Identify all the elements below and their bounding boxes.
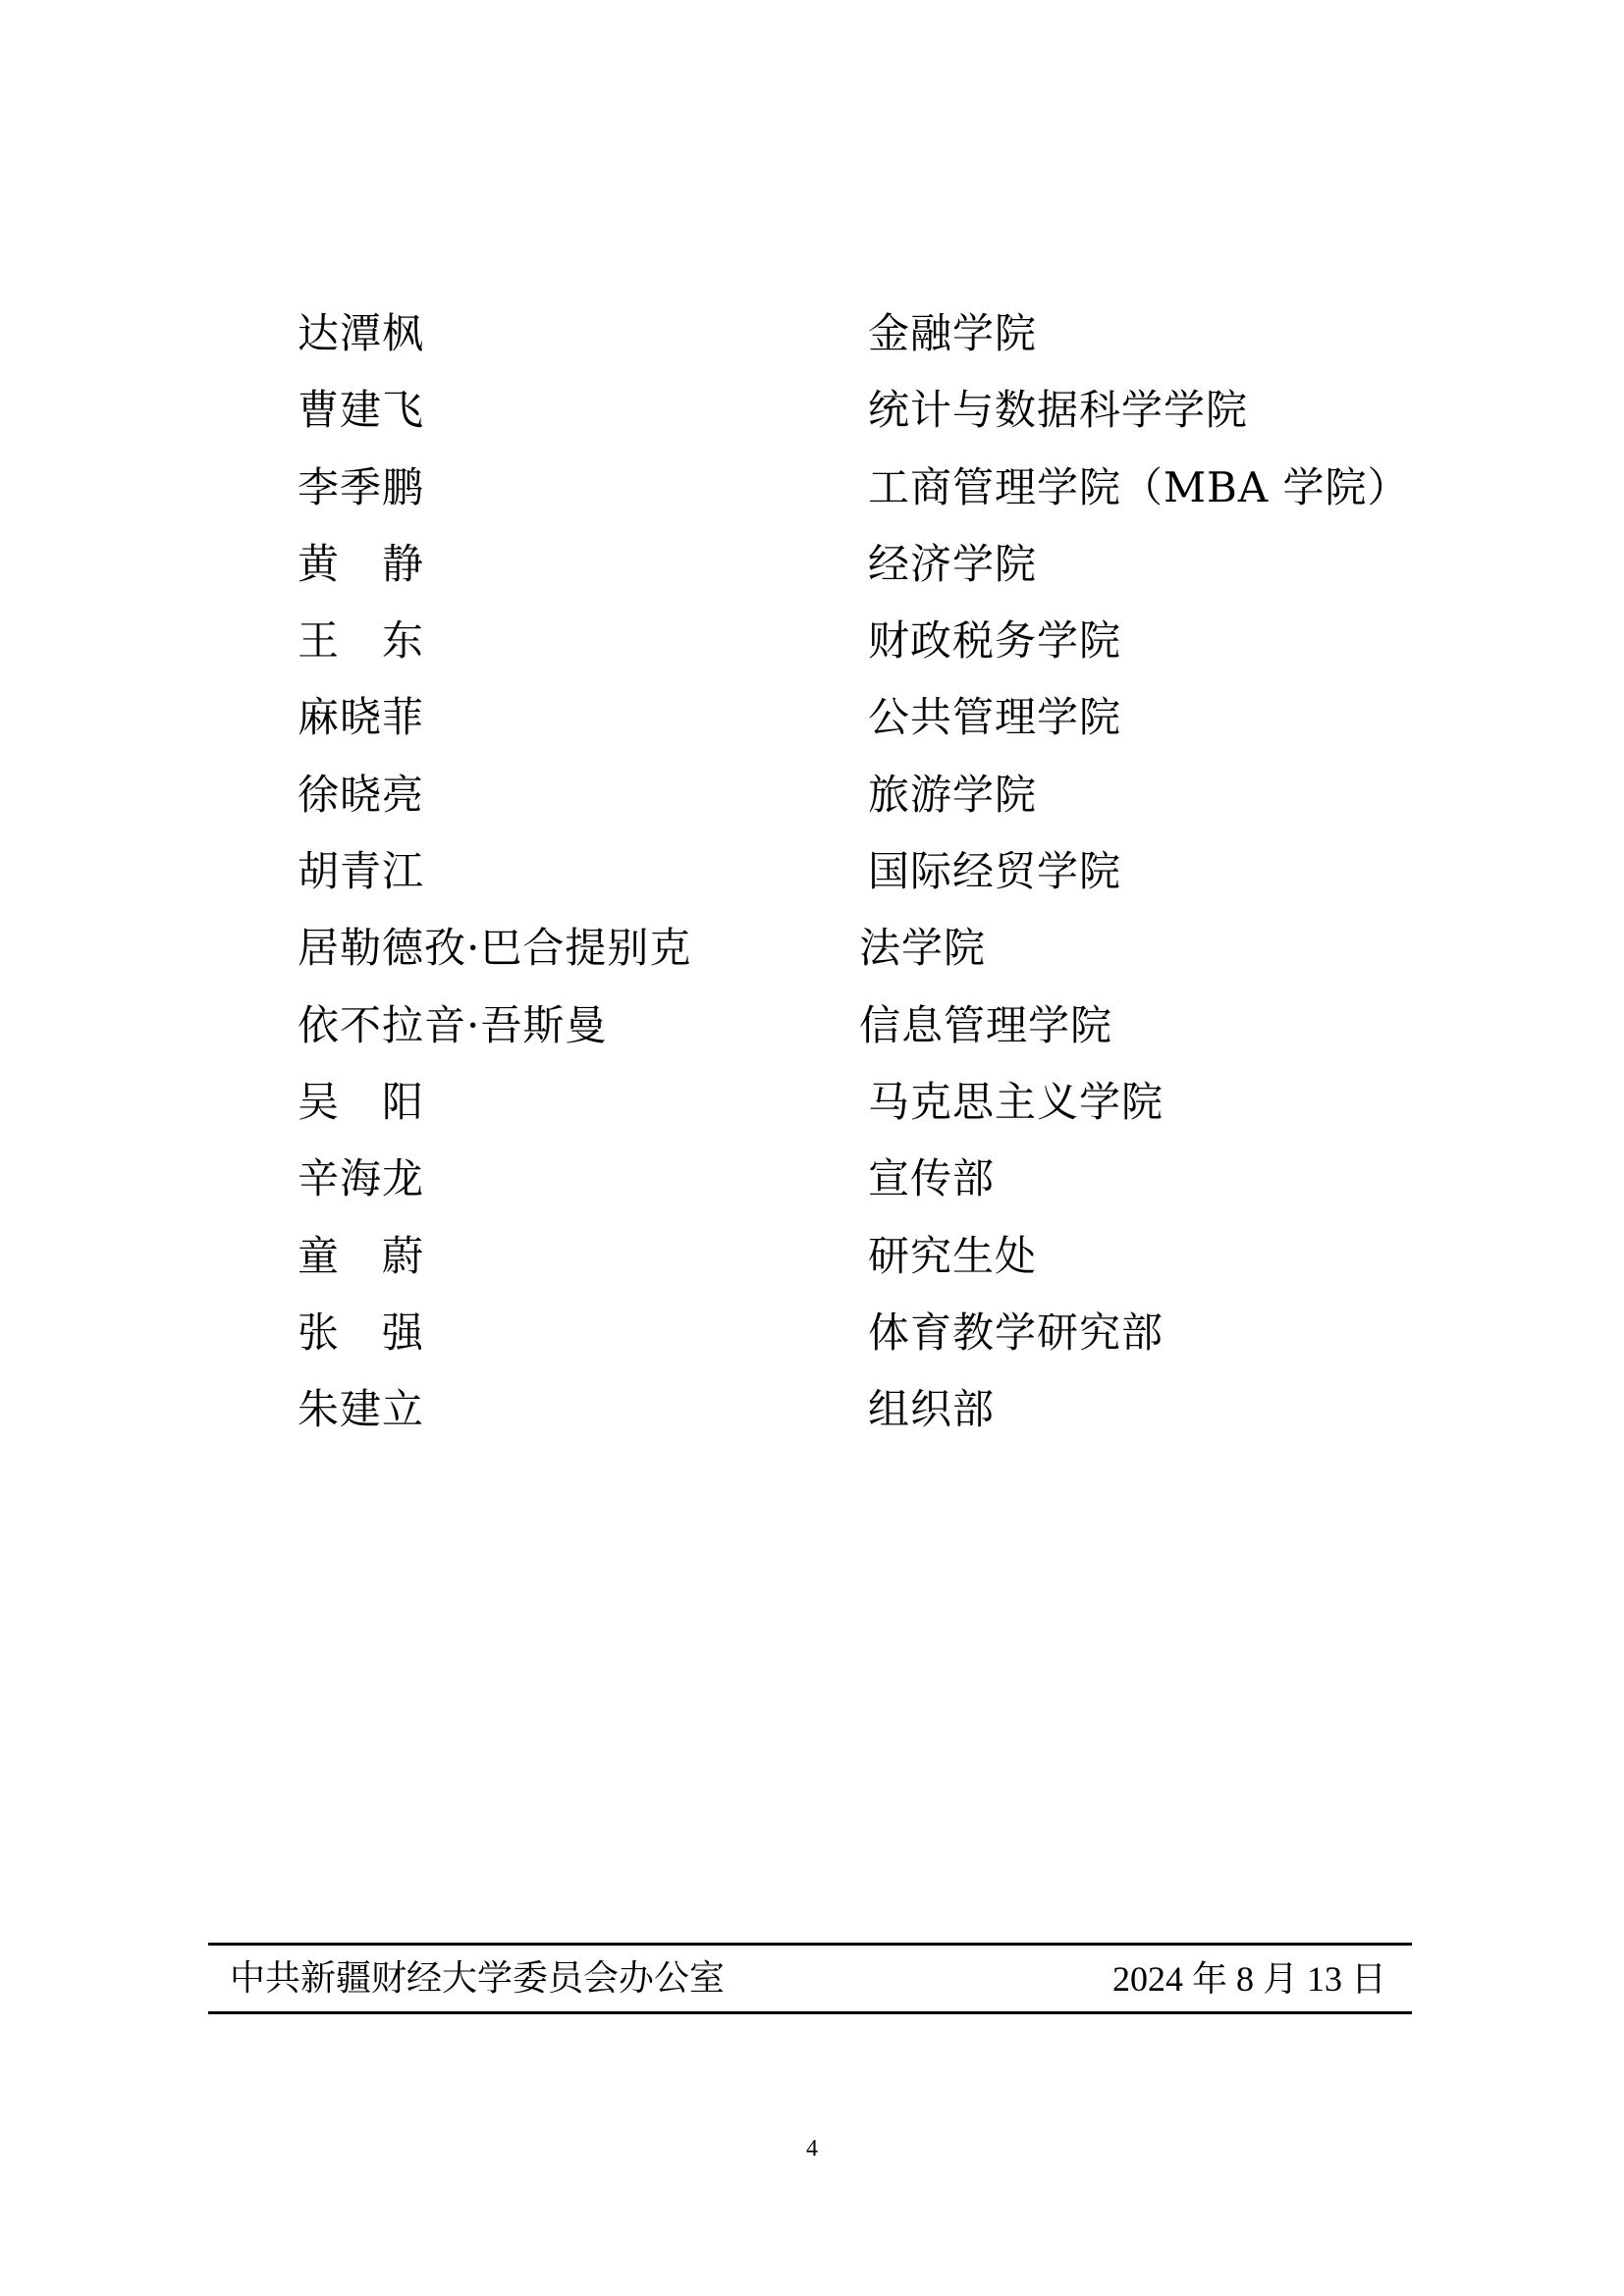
- list-item: 吴 阳 马克思主义学院: [0, 1073, 1624, 1149]
- person-name: 吴 阳: [298, 1073, 424, 1132]
- person-name: 居勒德孜·巴合提别克: [298, 919, 691, 978]
- person-unit: 信息管理学院: [859, 996, 1112, 1055]
- list-item: 朱建立 组织部: [0, 1380, 1624, 1457]
- person-unit: 法学院: [859, 919, 986, 978]
- person-name: 朱建立: [298, 1380, 424, 1439]
- personnel-list: 达潭枫 金融学院 曹建飞 统计与数据科学学院 李季鹏 工商管理学院（MBA 学院…: [0, 304, 1624, 1457]
- list-item: 达潭枫 金融学院: [0, 304, 1624, 381]
- list-item: 王 东 财政税务学院: [0, 612, 1624, 688]
- list-item: 童 蔚 研究生处: [0, 1227, 1624, 1304]
- person-unit: 统计与数据科学学院: [868, 381, 1248, 440]
- person-unit: 旅游学院: [868, 766, 1037, 825]
- person-unit: 体育教学研究部: [868, 1304, 1164, 1362]
- person-unit: 工商管理学院（MBA 学院）: [868, 458, 1410, 517]
- person-unit: 公共管理学院: [868, 688, 1121, 747]
- list-item: 徐晓亮 旅游学院: [0, 766, 1624, 842]
- person-name: 徐晓亮: [298, 766, 424, 825]
- person-name: 辛海龙: [298, 1149, 424, 1208]
- person-unit: 国际经贸学院: [868, 842, 1121, 901]
- person-name: 张 强: [298, 1304, 424, 1362]
- list-item: 曹建飞 统计与数据科学学院: [0, 381, 1624, 457]
- person-unit: 组织部: [868, 1380, 995, 1439]
- person-unit: 研究生处: [868, 1227, 1037, 1286]
- issue-date: 2024 年 8 月 13 日: [1112, 1957, 1386, 2001]
- list-item: 胡青江 国际经贸学院: [0, 842, 1624, 919]
- person-unit: 马克思主义学院: [868, 1073, 1164, 1132]
- list-item: 辛海龙 宣传部: [0, 1149, 1624, 1226]
- person-name: 王 东: [298, 612, 424, 670]
- person-name: 麻晓菲: [298, 688, 424, 747]
- list-item: 张 强 体育教学研究部: [0, 1304, 1624, 1380]
- document-footer: 中共新疆财经大学委员会办公室 2024 年 8 月 13 日: [208, 1943, 1412, 2014]
- person-name: 依不拉音·吾斯曼: [298, 996, 607, 1055]
- person-name: 胡青江: [298, 842, 424, 901]
- list-item: 黄 静 经济学院: [0, 535, 1624, 612]
- person-unit: 经济学院: [868, 535, 1037, 594]
- list-item: 李季鹏 工商管理学院（MBA 学院）: [0, 458, 1624, 535]
- list-item: 居勒德孜·巴合提别克 法学院: [0, 919, 1624, 995]
- issuing-office: 中共新疆财经大学委员会办公室: [230, 1957, 725, 2001]
- person-name: 李季鹏: [298, 458, 424, 517]
- document-page: 达潭枫 金融学院 曹建飞 统计与数据科学学院 李季鹏 工商管理学院（MBA 学院…: [0, 0, 1624, 2296]
- person-name: 童 蔚: [298, 1227, 424, 1286]
- person-name: 曹建飞: [298, 381, 424, 440]
- person-unit: 宣传部: [868, 1149, 995, 1208]
- list-item: 依不拉音·吾斯曼 信息管理学院: [0, 996, 1624, 1073]
- page-number: 4: [0, 2134, 1624, 2163]
- person-unit: 财政税务学院: [868, 612, 1121, 670]
- list-item: 麻晓菲 公共管理学院: [0, 688, 1624, 765]
- person-unit: 金融学院: [868, 304, 1037, 363]
- person-name: 达潭枫: [298, 304, 424, 363]
- person-name: 黄 静: [298, 535, 424, 594]
